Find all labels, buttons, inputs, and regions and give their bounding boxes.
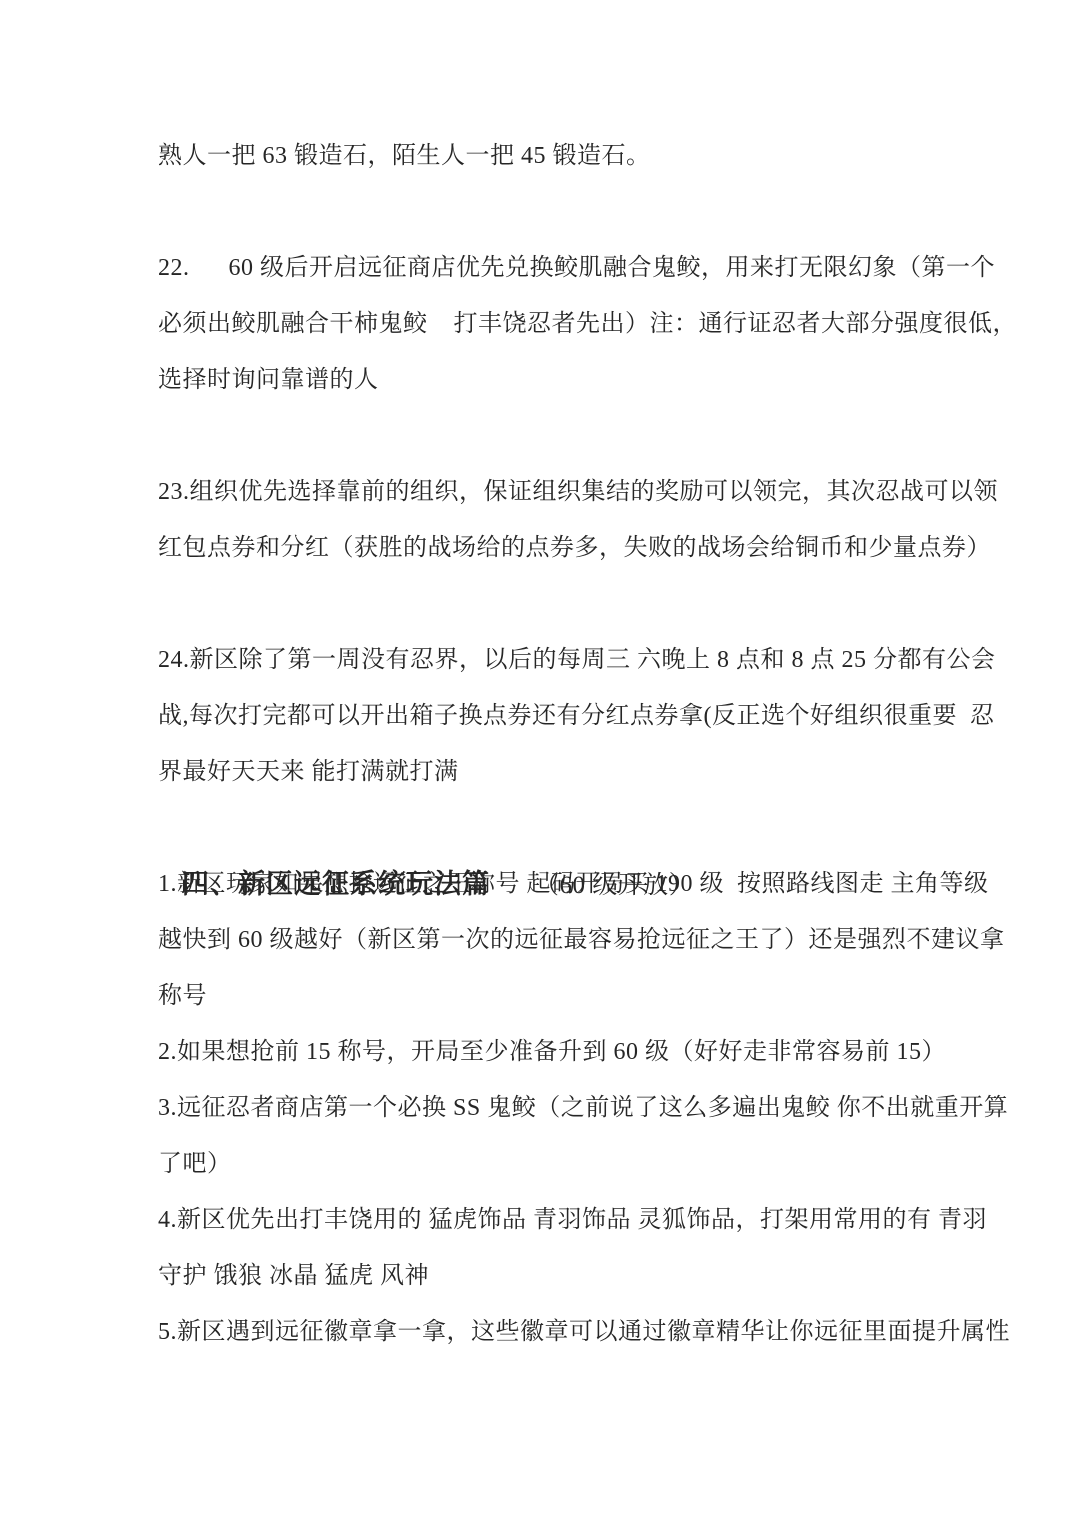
- item1-line-1: 1.新区玩家如果想抢远征之王称号 起码开局买 190 级 按照路线图走 主角等级: [158, 856, 940, 912]
- item24-line-1: 24.新区除了第一周没有忍界，以后的每周三 六晚上 8 点和 8 点 25 分都…: [158, 632, 940, 688]
- paragraph-item-2: 2.如果想抢前 15 称号，开局至少准备升到 60 级（好好走非常容易前 15）: [158, 1024, 940, 1080]
- item23-line-1: 23.组织优先选择靠前的组织，保证组织集结的奖励可以领完，其次忍战可以领: [158, 464, 940, 520]
- paragraph-item-3: 3.远征忍者商店第一个必换 SS 鬼鲛（之前说了这么多遍出鬼鲛 你不出就重开算 …: [158, 1080, 940, 1192]
- paragraph-item-22: 22. 60 级后开启远征商店优先兑换鲛肌融合鬼鲛，用来打无限幻象（第一个 必须…: [158, 240, 940, 408]
- item3-line-2: 了吧）: [158, 1136, 940, 1192]
- document-content: 熟人一把 63 锻造石，陌生人一把 45 锻造石。 22. 60 级后开启远征商…: [0, 0, 1080, 1360]
- paragraph-item-4: 4.新区优先出打丰饶用的 猛虎饰品 青羽饰品 灵狐饰品，打架用常用的有 青羽 守…: [158, 1192, 940, 1304]
- paragraph-item-23: 23.组织优先选择靠前的组织，保证组织集结的奖励可以领完，其次忍战可以领 红包点…: [158, 464, 940, 576]
- item24-line-2: 战,每次打完都可以开出箱子换点券还有分红点券拿(反正选个好组织很重要 忍: [158, 688, 940, 744]
- item1-line-2: 越快到 60 级越好（新区第一次的远征最容易抢远征之王了）还是强烈不建议拿: [158, 912, 940, 968]
- item22-line-3: 选择时询问靠谱的人: [158, 352, 940, 408]
- item3-line-1: 3.远征忍者商店第一个必换 SS 鬼鲛（之前说了这么多遍出鬼鲛 你不出就重开算: [158, 1080, 940, 1136]
- item2-line-1: 2.如果想抢前 15 称号，开局至少准备升到 60 级（好好走非常容易前 15）: [158, 1024, 940, 1080]
- item22-line-2: 必须出鲛肌融合干柿鬼鲛 打丰饶忍者先出）注：通行证忍者大部分强度很低，: [158, 296, 940, 352]
- item4-line-1: 4.新区优先出打丰饶用的 猛虎饰品 青羽饰品 灵狐饰品，打架用常用的有 青羽: [158, 1192, 940, 1248]
- item22-line-1: 22. 60 级后开启远征商店优先兑换鲛肌融合鬼鲛，用来打无限幻象（第一个: [158, 240, 940, 296]
- item1-line-3: 称号: [158, 968, 940, 1024]
- paragraph-item-24: 24.新区除了第一周没有忍界，以后的每周三 六晚上 8 点和 8 点 25 分都…: [158, 632, 940, 800]
- paragraph-item-5: 5.新区遇到远征徽章拿一拿，这些徽章可以通过徽章精华让你远征里面提升属性: [158, 1304, 940, 1360]
- paragraph-item-1: 1.新区玩家如果想抢远征之王称号 起码开局买 190 级 按照路线图走 主角等级…: [158, 856, 940, 1024]
- section-heading: 四、新区远征系统玩法篇（60 级开放）: [158, 800, 940, 856]
- document-page: 熟人一把 63 锻造石，陌生人一把 45 锻造石。 22. 60 级后开启远征商…: [0, 0, 1080, 1527]
- item5-line-1: 5.新区遇到远征徽章拿一拿，这些徽章可以通过徽章精华让你远征里面提升属性: [158, 1304, 940, 1360]
- item24-line-3: 界最好天天来 能打满就打满: [158, 744, 940, 800]
- intro-line-1: 熟人一把 63 锻造石，陌生人一把 45 锻造石。: [158, 128, 940, 184]
- item23-line-2: 红包点券和分红（获胜的战场给的点券多，失败的战场会给铜币和少量点券）: [158, 520, 940, 576]
- item4-line-2: 守护 饿狼 冰晶 猛虎 风神: [158, 1248, 940, 1304]
- paragraph-forge-stone-note: 熟人一把 63 锻造石，陌生人一把 45 锻造石。: [158, 128, 940, 184]
